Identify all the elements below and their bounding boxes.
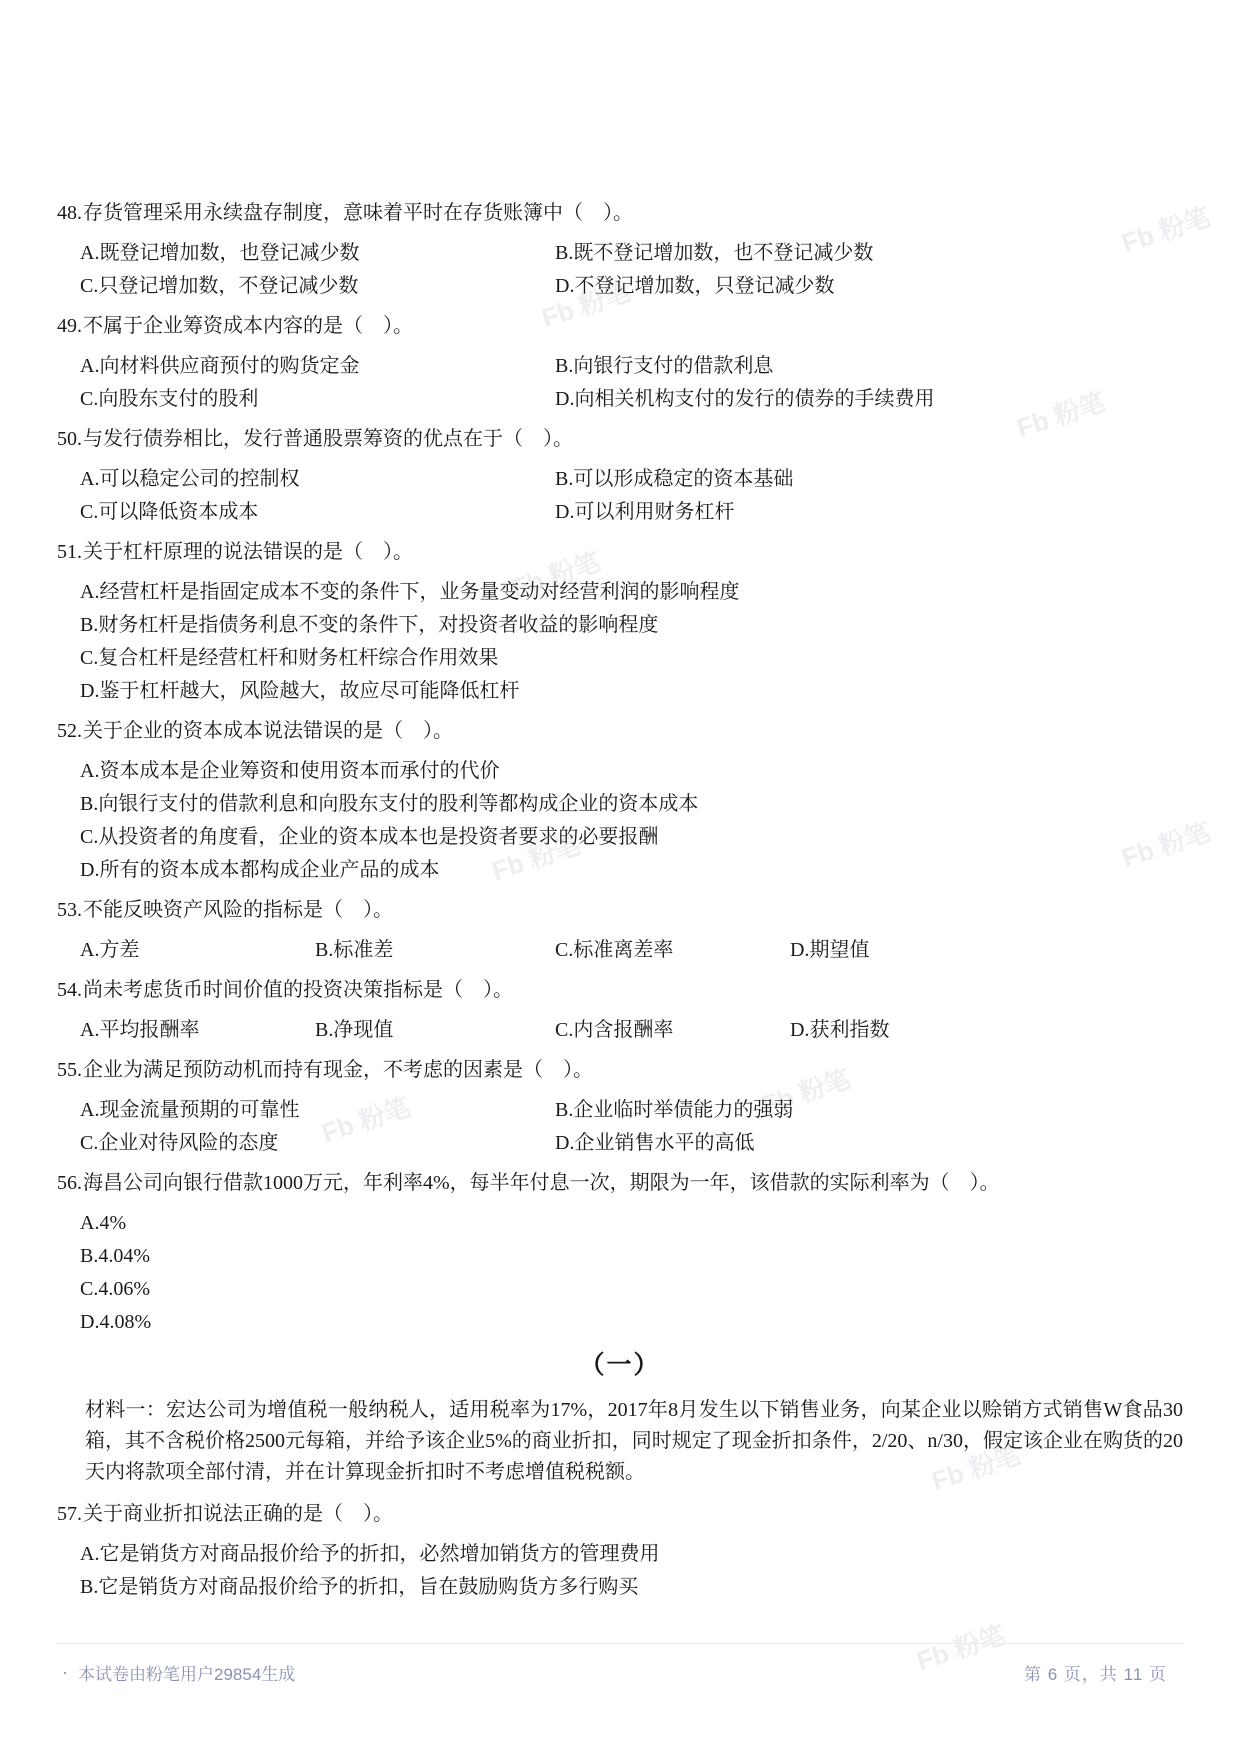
- options: A.既登记增加数，也登记减少数 B.既不登记增加数，也不登记减少数 C.只登记增…: [80, 237, 1183, 303]
- question-54: 54.尚未考虑货币时间价值的投资决策指标是（ ）。 A.平均报酬率 B.净现值 …: [57, 974, 1183, 1047]
- question-51: 51.关于杠杆原理的说法错误的是（ ）。 A.经营杠杆是指固定成本不变的条件下，…: [57, 536, 1183, 708]
- question-text: 53.不能反映资产风险的指标是（ ）。: [57, 894, 1183, 927]
- option-b: B.向银行支付的借款利息和向股东支付的股利等都构成企业的资本成本: [80, 788, 1183, 821]
- option-a: A.它是销货方对商品报价给予的折扣，必然增加销货方的管理费用: [80, 1538, 1183, 1571]
- question-number: 51.: [57, 541, 82, 563]
- question-number: 49.: [57, 315, 82, 337]
- question-number: 56.: [57, 1172, 82, 1194]
- footer-generator-text: 本试卷由粉笔用户29854生成: [78, 1660, 295, 1685]
- question-number: 54.: [57, 979, 82, 1001]
- question-stem: 关于企业的资本成本说法错误的是（ ）。: [83, 720, 453, 742]
- exam-paper-page: Fb 粉笔 Fb 粉笔 Fb 粉笔 Fb 粉笔 Fb 粉笔 Fb 粉笔 Fb 粉…: [0, 0, 1240, 1754]
- option-c: C.标准离差率: [555, 934, 790, 967]
- options: A.资本成本是企业筹资和使用资本而承付的代价 B.向银行支付的借款利息和向股东支…: [80, 755, 1183, 887]
- option-b: B.财务杠杆是指债务利息不变的条件下，对投资者收益的影响程度: [80, 609, 1183, 642]
- question-stem: 不能反映资产风险的指标是（ ）。: [83, 899, 393, 921]
- question-text: 50.与发行债券相比，发行普通股票筹资的优点在于（ ）。: [57, 423, 1183, 456]
- question-50: 50.与发行债券相比，发行普通股票筹资的优点在于（ ）。 A.可以稳定公司的控制…: [57, 423, 1183, 529]
- question-49: 49.不属于企业筹资成本内容的是（ ）。 A.向材料供应商预付的购货定金 B.向…: [57, 310, 1183, 416]
- question-stem: 海昌公司向银行借款1000万元，年利率4%，每半年付息一次，期限为一年，该借款的…: [83, 1172, 1000, 1194]
- question-text: 51.关于杠杆原理的说法错误的是（ ）。: [57, 536, 1183, 569]
- question-text: 56.海昌公司向银行借款1000万元，年利率4%，每半年付息一次，期限为一年，该…: [57, 1167, 1183, 1200]
- option-a: A.平均报酬率: [80, 1014, 315, 1047]
- question-number: 50.: [57, 428, 82, 450]
- question-stem: 关于商业折扣说法正确的是（ ）。: [83, 1503, 393, 1525]
- option-b: B.既不登记增加数，也不登记减少数: [555, 237, 1183, 270]
- question-number: 52.: [57, 720, 82, 742]
- option-a: A.可以稳定公司的控制权: [80, 463, 555, 496]
- options: A.方差 B.标准差 C.标准离差率 D.期望值: [80, 934, 1183, 967]
- question-52: 52.关于企业的资本成本说法错误的是（ ）。 A.资本成本是企业筹资和使用资本而…: [57, 715, 1183, 887]
- option-b: B.向银行支付的借款利息: [555, 350, 1183, 383]
- section-header: （一）: [57, 1349, 1183, 1382]
- option-d: D.4.08%: [80, 1306, 1183, 1339]
- question-number: 53.: [57, 899, 82, 921]
- option-c: C.企业对待风险的态度: [80, 1127, 555, 1160]
- option-a: A.资本成本是企业筹资和使用资本而承付的代价: [80, 755, 1183, 788]
- question-text: 49.不属于企业筹资成本内容的是（ ）。: [57, 310, 1183, 343]
- options: A.可以稳定公司的控制权 B.可以形成稳定的资本基础 C.可以降低资本成本 D.…: [80, 463, 1183, 529]
- footer-generator-note: · 本试卷由粉笔用户29854生成: [57, 1660, 295, 1685]
- option-b: B.企业临时举债能力的强弱: [555, 1094, 1183, 1127]
- option-d: D.所有的资本成本都构成企业产品的成本: [80, 854, 1183, 887]
- question-text: 48.存货管理采用永续盘存制度，意味着平时在存货账簿中（ ）。: [57, 197, 1183, 230]
- option-c: C.向股东支付的股利: [80, 383, 555, 416]
- option-b: B.它是销货方对商品报价给予的折扣，旨在鼓励购货方多行购买: [80, 1571, 1183, 1604]
- question-48: 48.存货管理采用永续盘存制度，意味着平时在存货账簿中（ ）。 A.既登记增加数…: [57, 197, 1183, 303]
- question-stem: 存货管理采用永续盘存制度，意味着平时在存货账簿中（ ）。: [83, 202, 633, 224]
- question-number: 48.: [57, 202, 82, 224]
- question-text: 52.关于企业的资本成本说法错误的是（ ）。: [57, 715, 1183, 748]
- option-b: B.可以形成稳定的资本基础: [555, 463, 1183, 496]
- question-stem: 关于杠杆原理的说法错误的是（ ）。: [83, 541, 413, 563]
- question-number: 55.: [57, 1059, 82, 1081]
- option-a: A.现金流量预期的可靠性: [80, 1094, 555, 1127]
- options: A.它是销货方对商品报价给予的折扣，必然增加销货方的管理费用 B.它是销货方对商…: [80, 1538, 1183, 1604]
- options: A.4% B.4.04% C.4.06% D.4.08%: [80, 1207, 1183, 1339]
- question-53: 53.不能反映资产风险的指标是（ ）。 A.方差 B.标准差 C.标准离差率 D…: [57, 894, 1183, 967]
- option-c: C.4.06%: [80, 1273, 1183, 1306]
- question-57: 57.关于商业折扣说法正确的是（ ）。 A.它是销货方对商品报价给予的折扣，必然…: [57, 1498, 1183, 1604]
- option-d: D.期望值: [790, 934, 1183, 967]
- question-stem: 尚未考虑货币时间价值的投资决策指标是（ ）。: [83, 979, 513, 1001]
- option-d: D.向相关机构支付的发行的债券的手续费用: [555, 383, 1183, 416]
- option-c: C.从投资者的角度看，企业的资本成本也是投资者要求的必要报酬: [80, 821, 1183, 854]
- option-d: D.不登记增加数，只登记减少数: [555, 270, 1183, 303]
- page-footer: · 本试卷由粉笔用户29854生成 第 6 页，共 11 页: [57, 1660, 1183, 1685]
- material-paragraph: 材料一：宏达公司为增值税一般纳税人，适用税率为17%，2017年8月发生以下销售…: [85, 1395, 1183, 1488]
- option-b: B.标准差: [315, 934, 555, 967]
- option-a: A.向材料供应商预付的购货定金: [80, 350, 555, 383]
- question-list: 48.存货管理采用永续盘存制度，意味着平时在存货账簿中（ ）。 A.既登记增加数…: [57, 190, 1183, 1604]
- option-c: C.内含报酬率: [555, 1014, 790, 1047]
- option-c: C.只登记增加数，不登记减少数: [80, 270, 555, 303]
- option-c: C.复合杠杆是经营杠杆和财务杠杆综合作用效果: [80, 642, 1183, 675]
- question-text: 54.尚未考虑货币时间价值的投资决策指标是（ ）。: [57, 974, 1183, 1007]
- page-number: 第 6 页，共 11 页: [1024, 1660, 1183, 1685]
- bullet-icon: ·: [62, 1662, 68, 1683]
- option-b: B.净现值: [315, 1014, 555, 1047]
- options: A.现金流量预期的可靠性 B.企业临时举债能力的强弱 C.企业对待风险的态度 D…: [80, 1094, 1183, 1160]
- option-a: A.经营杠杆是指固定成本不变的条件下，业务量变动对经营利润的影响程度: [80, 576, 1183, 609]
- option-d: D.获利指数: [790, 1014, 1183, 1047]
- question-stem: 与发行债券相比，发行普通股票筹资的优点在于（ ）。: [83, 428, 573, 450]
- option-a: A.4%: [80, 1207, 1183, 1240]
- question-number: 57.: [57, 1503, 82, 1525]
- options: A.经营杠杆是指固定成本不变的条件下，业务量变动对经营利润的影响程度 B.财务杠…: [80, 576, 1183, 708]
- footer-divider: [57, 1643, 1183, 1644]
- option-c: C.可以降低资本成本: [80, 496, 555, 529]
- option-b: B.4.04%: [80, 1240, 1183, 1273]
- question-text: 55.企业为满足预防动机而持有现金，不考虑的因素是（ ）。: [57, 1054, 1183, 1087]
- option-d: D.可以利用财务杠杆: [555, 496, 1183, 529]
- option-d: D.企业销售水平的高低: [555, 1127, 1183, 1160]
- option-a: A.既登记增加数，也登记减少数: [80, 237, 555, 270]
- question-stem: 企业为满足预防动机而持有现金，不考虑的因素是（ ）。: [83, 1059, 593, 1081]
- options: A.平均报酬率 B.净现值 C.内含报酬率 D.获利指数: [80, 1014, 1183, 1047]
- options: A.向材料供应商预付的购货定金 B.向银行支付的借款利息 C.向股东支付的股利 …: [80, 350, 1183, 416]
- question-56: 56.海昌公司向银行借款1000万元，年利率4%，每半年付息一次，期限为一年，该…: [57, 1167, 1183, 1339]
- question-text: 57.关于商业折扣说法正确的是（ ）。: [57, 1498, 1183, 1531]
- question-55: 55.企业为满足预防动机而持有现金，不考虑的因素是（ ）。 A.现金流量预期的可…: [57, 1054, 1183, 1160]
- question-stem: 不属于企业筹资成本内容的是（ ）。: [83, 315, 413, 337]
- option-a: A.方差: [80, 934, 315, 967]
- option-d: D.鉴于杠杆越大，风险越大，故应尽可能降低杠杆: [80, 675, 1183, 708]
